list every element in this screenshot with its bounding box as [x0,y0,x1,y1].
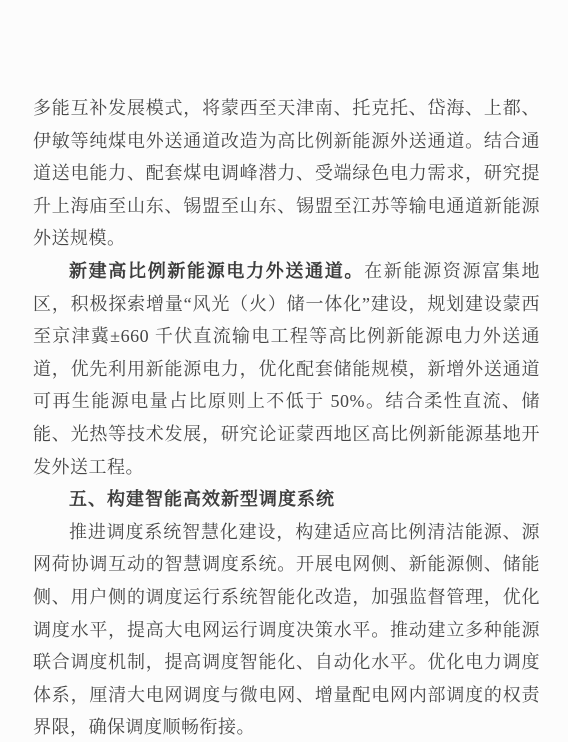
paragraph-continuation-text: 多能互补发展模式，将蒙西至天津南、托克托、岱海、上都、伊敏等纯煤电外送通道改造为… [33,98,540,248]
paragraph-lead-bold: 新建高比例新能源电力外送通道。 [69,261,364,281]
paragraph-dispatch-system: 推进调度系统智慧化建设，构建适应高比例清洁能源、源网荷协调互动的智慧调度系统。开… [33,516,540,742]
paragraph-new-channels: 新建高比例新能源电力外送通道。在新能源资源富集地区，积极探索增量“风光（火）储一… [33,255,540,483]
section-heading: 五、构建智能高效新型调度系统 [33,483,540,516]
paragraph-continuation: 多能互补发展模式，将蒙西至天津南、托克托、岱海、上都、伊敏等纯煤电外送通道改造为… [33,92,540,255]
paragraph-new-channels-text: 在新能源资源富集地区，积极探索增量“风光（火）储一体化”建设，规划建设蒙西至京津… [33,261,540,477]
document-page: 多能互补发展模式，将蒙西至天津南、托克托、岱海、上都、伊敏等纯煤电外送通道改造为… [0,0,568,742]
paragraph-dispatch-system-text: 推进调度系统智慧化建设，构建适应高比例清洁能源、源网荷协调互动的智慧调度系统。开… [33,522,540,738]
